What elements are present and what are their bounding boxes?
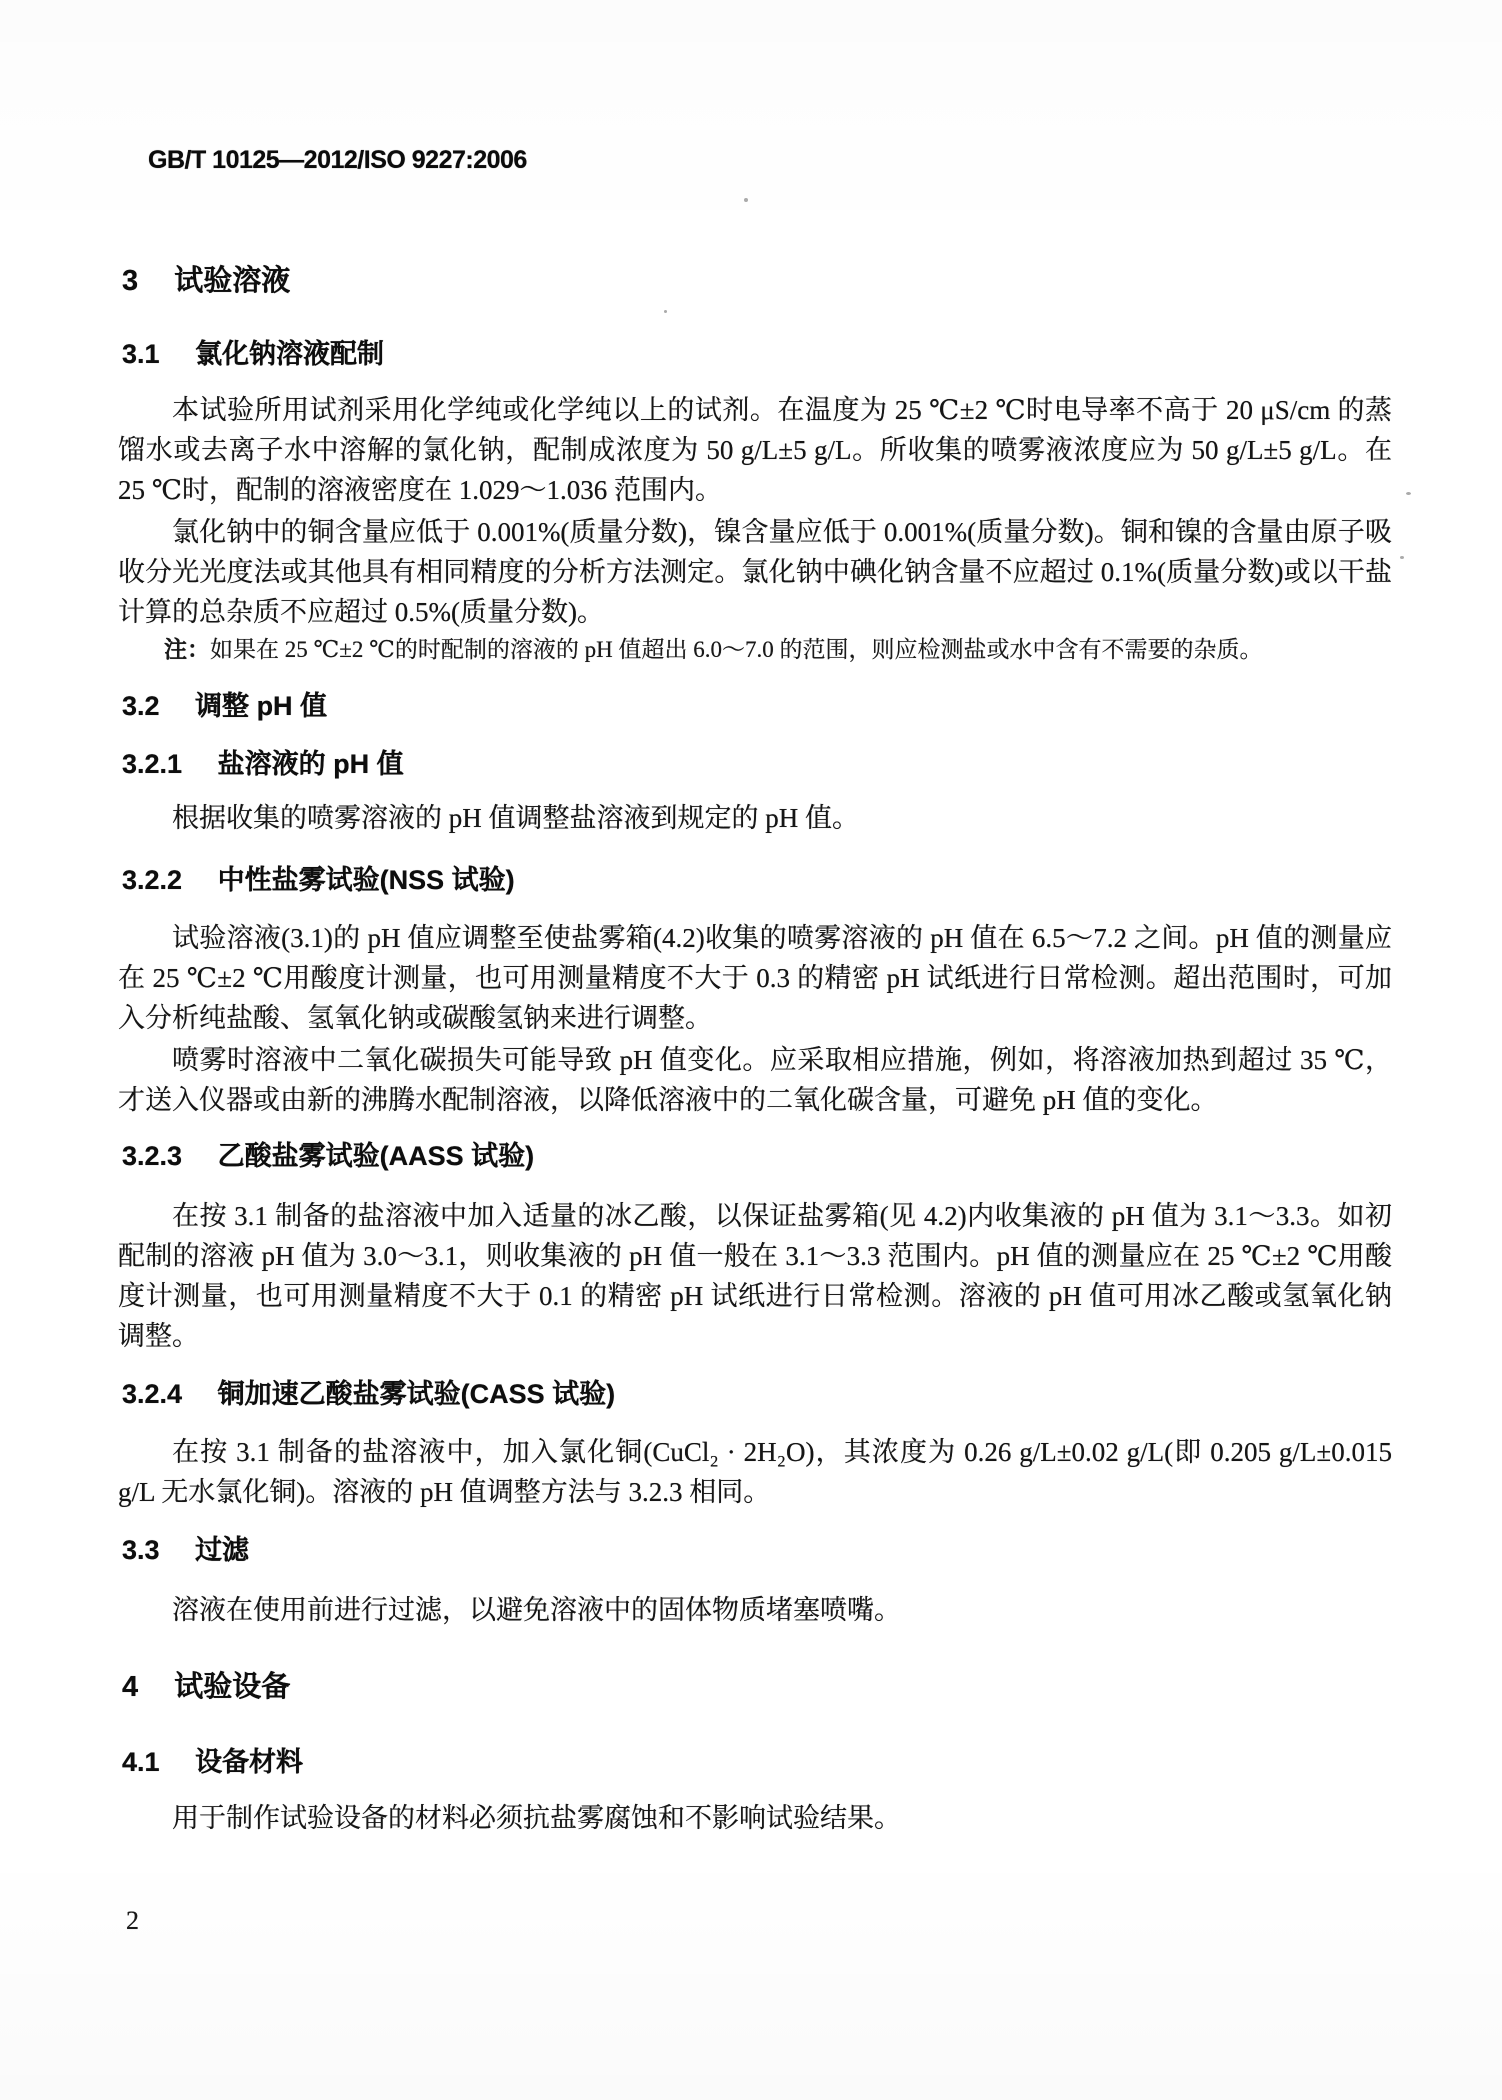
scan-artifact-dot [664, 310, 667, 313]
section-3-2-2-title: 中性盐雾试验(NSS 试验) [218, 865, 515, 895]
section-3-2-2-number: 3.2.2 [122, 865, 182, 896]
section-3-number: 3 [122, 265, 138, 298]
paragraph-3-2-2-a: 试验溶液(3.1)的 pH 值应调整至使盐雾箱(4.2)收集的喷雾溶液的 pH … [118, 918, 1392, 1038]
section-3-heading: 3 试验溶液 [122, 258, 290, 299]
section-3-2-3-title: 乙酸盐雾试验(AASS 试验) [218, 1141, 535, 1171]
section-3-2-4-number: 3.2.4 [122, 1379, 182, 1410]
paragraph-3-1-a: 本试验所用试剂采用化学纯或化学纯以上的试剂。在温度为 25 ℃±2 ℃时电导率不… [118, 390, 1392, 510]
section-4-1-heading: 4.1 设备材料 [122, 1740, 303, 1779]
paragraph-3-1-b: 氯化钠中的铜含量应低于 0.001%(质量分数)，镍含量应低于 0.001%(质… [118, 512, 1392, 632]
note-3-1: 注：如果在 25 ℃±2 ℃的时配制的溶液的 pH 值超出 6.0～7.0 的范… [118, 634, 1392, 666]
paragraph-3-2-4: 在按 3.1 制备的盐溶液中，加入氯化铜(CuCl₂ · 2H₂O)，其浓度为 … [118, 1432, 1392, 1512]
page-number: 2 [126, 1906, 139, 1936]
section-3-3-heading: 3.3 过滤 [122, 1528, 249, 1567]
section-4-1-number: 4.1 [122, 1747, 160, 1778]
section-3-2-heading: 3.2 调整 pH 值 [122, 684, 327, 723]
section-3-2-title: 调整 pH 值 [195, 691, 327, 721]
paragraph-4-1: 用于制作试验设备的材料必须抗盐雾腐蚀和不影响试验结果。 [118, 1798, 1392, 1838]
paragraph-3-3: 溶液在使用前进行过滤，以避免溶液中的固体物质堵塞喷嘴。 [118, 1590, 1392, 1630]
section-3-2-3-number: 3.2.3 [122, 1141, 182, 1172]
section-3-2-1-title: 盐溶液的 pH 值 [218, 749, 404, 779]
section-3-1-number: 3.1 [122, 339, 160, 370]
section-3-2-number: 3.2 [122, 691, 160, 722]
section-3-2-4-title: 铜加速乙酸盐雾试验(CASS 试验) [218, 1379, 616, 1409]
section-3-2-4-heading: 3.2.4 铜加速乙酸盐雾试验(CASS 试验) [122, 1372, 615, 1411]
section-3-2-3-heading: 3.2.3 乙酸盐雾试验(AASS 试验) [122, 1134, 534, 1173]
section-4-heading: 4 试验设备 [122, 1664, 290, 1705]
section-3-title: 试验溶液 [174, 265, 290, 297]
paragraph-3-2-2-b: 喷雾时溶液中二氧化碳损失可能导致 pH 值变化。应采取相应措施，例如，将溶液加热… [118, 1040, 1392, 1120]
section-3-3-title: 过滤 [195, 1535, 249, 1565]
scan-artifact-dot [744, 198, 748, 202]
paragraph-3-2-3: 在按 3.1 制备的盐溶液中加入适量的冰乙酸，以保证盐雾箱(见 4.2)内收集液… [118, 1196, 1392, 1356]
paragraph-3-2-1: 根据收集的喷雾溶液的 pH 值调整盐溶液到规定的 pH 值。 [118, 798, 1392, 838]
section-3-1-title: 氯化钠溶液配制 [195, 339, 384, 369]
section-4-number: 4 [122, 1671, 138, 1704]
section-3-2-2-heading: 3.2.2 中性盐雾试验(NSS 试验) [122, 858, 515, 897]
section-4-title: 试验设备 [174, 1671, 290, 1703]
scan-artifact-dot [1400, 556, 1404, 559]
note-label: 注： [164, 637, 210, 662]
note-text: 如果在 25 ℃±2 ℃的时配制的溶液的 pH 值超出 6.0～7.0 的范围，… [210, 637, 1262, 662]
section-3-2-1-heading: 3.2.1 盐溶液的 pH 值 [122, 742, 404, 781]
section-3-2-1-number: 3.2.1 [122, 749, 182, 780]
section-3-1-heading: 3.1 氯化钠溶液配制 [122, 332, 384, 371]
document-page: GB/T 10125—2012/ISO 9227:2006 3 试验溶液 3.1… [0, 0, 1502, 2100]
scan-artifact-dot [1406, 492, 1411, 495]
standard-code-header: GB/T 10125—2012/ISO 9227:2006 [148, 146, 527, 175]
section-3-3-number: 3.3 [122, 1535, 160, 1566]
section-4-1-title: 设备材料 [195, 1747, 303, 1777]
